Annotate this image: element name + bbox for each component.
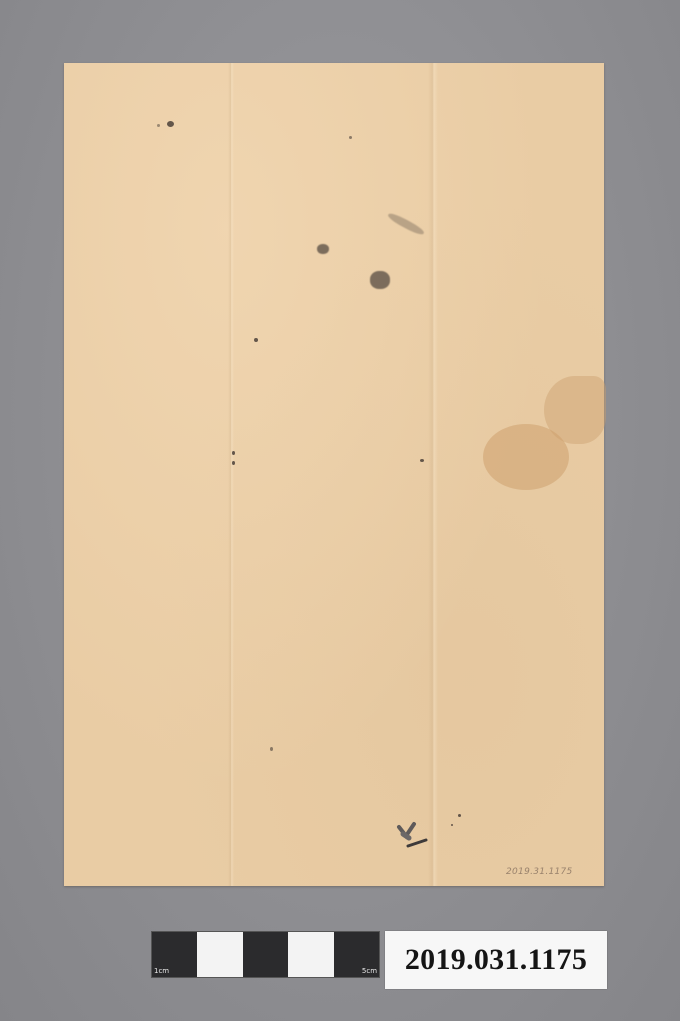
pencil-check-mark (394, 818, 434, 852)
ink-spot (451, 824, 453, 826)
scale-segment: 1cm (152, 932, 197, 977)
scale-label-end: 5cm (362, 967, 377, 975)
ink-spot (232, 451, 235, 455)
ink-spot (254, 338, 258, 342)
fold-line (228, 63, 234, 886)
scale-bar: 1cm 5cm (152, 932, 379, 977)
document-paper: 2019.31.1175 (64, 63, 604, 886)
catalog-number-label: 2019.031.1175 (385, 931, 607, 989)
water-stain (483, 424, 569, 490)
scale-segment (288, 932, 333, 977)
scale-segment: 5cm (334, 932, 379, 977)
smudge (386, 211, 425, 237)
ink-spot (157, 124, 160, 127)
catalog-number: 2019.031.1175 (405, 943, 587, 977)
smudge (317, 244, 329, 254)
scale-segment (243, 932, 288, 977)
ink-spot (458, 814, 461, 817)
scale-segment (197, 932, 242, 977)
ink-spot (270, 747, 273, 751)
ink-spot (232, 461, 235, 465)
scale-label-start: 1cm (154, 967, 169, 975)
ink-spot (167, 121, 174, 127)
ink-spot (349, 136, 352, 139)
ink-spot (420, 459, 424, 462)
handwritten-accession-note: 2019.31.1175 (506, 867, 573, 877)
fold-line (428, 63, 438, 886)
smudge (370, 271, 390, 289)
